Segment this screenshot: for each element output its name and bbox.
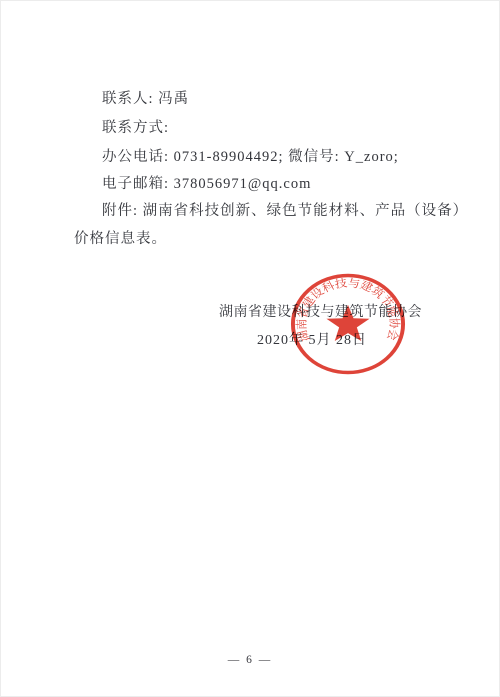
seal-ring (293, 275, 403, 372)
page-number: — 6 — (0, 655, 500, 667)
office-phone-line: 办公电话: 0731-89904492; 微信号: Y_zoro; (102, 150, 399, 165)
organization-signature: 湖南省建设科技与建筑节能协会 (219, 306, 422, 320)
attachment-line-continued: 价格信息表。 (74, 232, 167, 247)
signature-date: 2020年 5月 28日 (257, 334, 367, 348)
attachment-line: 附件: 湖南省科技创新、绿色节能材料、产品（设备） (102, 204, 468, 219)
email-line: 电子邮箱: 378056971@qq.com (102, 177, 311, 192)
document-page: 联系人: 冯禹 联系方式: 办公电话: 0731-89904492; 微信号: … (0, 0, 500, 697)
official-seal: 湖南省建设科技与建筑节能协会 (289, 272, 407, 376)
contact-method-line: 联系方式: (102, 121, 169, 136)
contact-person-line: 联系人: 冯禹 (102, 92, 189, 107)
